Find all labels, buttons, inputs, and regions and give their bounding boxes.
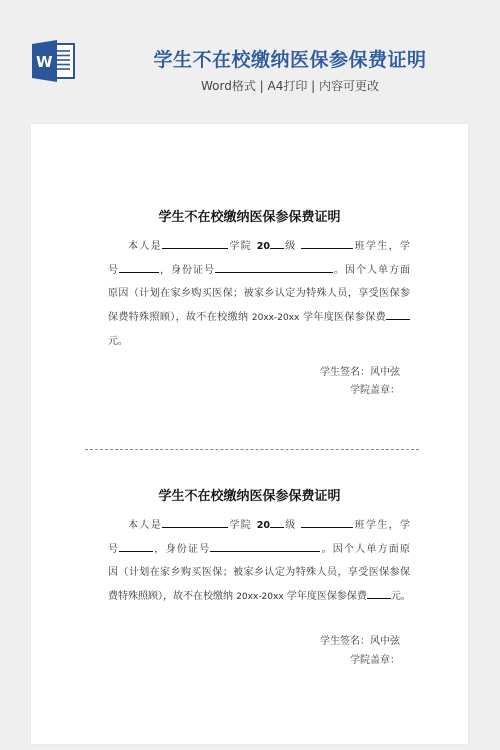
document-title: 学生不在校缴纳医保参保费证明 xyxy=(31,206,468,225)
student-id-blank[interactable] xyxy=(119,540,153,552)
student-signature: 学生签名：风中弦 xyxy=(320,363,400,378)
class-blank[interactable] xyxy=(301,237,353,249)
college-blank[interactable] xyxy=(162,516,228,528)
cut-line-divider xyxy=(85,449,419,450)
body-line: 元。 xyxy=(108,330,410,354)
body-line: 原因（计划在家乡购买医保；被家乡认定为特殊人员，享受医保参 xyxy=(108,282,410,306)
grade-blank[interactable] xyxy=(270,237,284,249)
id-card-blank[interactable] xyxy=(210,540,320,552)
id-card-blank[interactable] xyxy=(215,261,333,273)
grade-blank[interactable] xyxy=(270,516,284,528)
body-line: 本人是学院 20级 班学生，学 xyxy=(108,235,410,259)
body-line: 因（计划在家乡购买医保；被家乡认定为特殊人员，享受医保参保 xyxy=(108,561,410,585)
body-line: 保费特殊照顾），故不在校缴纳 20xx-20xx 学年度医保参保费 xyxy=(108,306,410,331)
amount-blank[interactable] xyxy=(367,587,391,599)
word-icon: W xyxy=(31,40,77,82)
document-page: 学生不在校缴纳医保参保费证明 本人是学院 20级 班学生，学 号，身份证号。因个… xyxy=(31,124,468,744)
college-blank[interactable] xyxy=(162,237,228,249)
college-seal: 学院盖章： xyxy=(350,381,400,396)
body-line: 号，身份证号。因个人单方面 xyxy=(108,259,410,283)
header-title: 学生不在校缴纳医保参保费证明 xyxy=(120,45,460,72)
student-id-blank[interactable] xyxy=(119,261,159,273)
college-seal: 学院盖章： xyxy=(350,651,400,666)
certificate-body: 本人是学院 20级 班学生，学 号，身份证号。因个人单方面 原因（计划在家乡购买… xyxy=(108,235,410,354)
page-header: W 学生不在校缴纳医保参保费证明 Word格式 | A4打印 | 内容可更改 xyxy=(0,0,500,124)
document-title: 学生不在校缴纳医保参保费证明 xyxy=(31,485,468,504)
body-line: 号，身份证号。因个人单方面原 xyxy=(108,538,410,562)
svg-text:W: W xyxy=(36,53,53,71)
amount-blank[interactable] xyxy=(386,308,410,320)
body-line: 费特殊照顾），故不在校缴纳 20xx-20xx 学年度医保参保费元。 xyxy=(108,585,410,610)
certificate-body: 本人是学院 20级 班学生，学 号，身份证号。因个人单方面原 因（计划在家乡购买… xyxy=(108,514,410,609)
header-subtitle: Word格式 | A4打印 | 内容可更改 xyxy=(120,77,460,94)
student-signature: 学生签名：风中弦 xyxy=(320,632,400,647)
class-blank[interactable] xyxy=(301,516,353,528)
body-line: 本人是学院 20级 班学生，学 xyxy=(108,514,410,538)
